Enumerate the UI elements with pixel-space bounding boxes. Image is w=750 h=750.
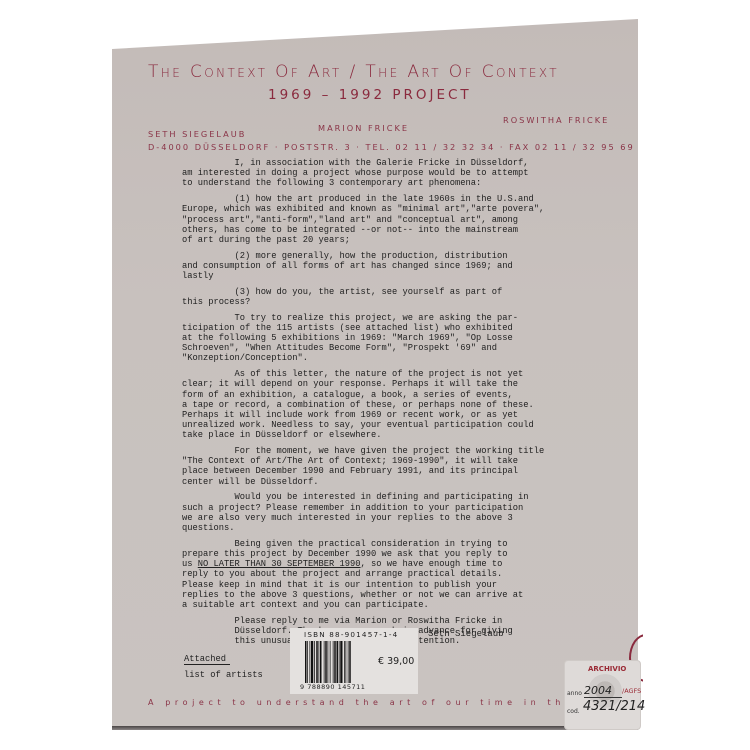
contact-address: D-4000 DÜSSELDORF · POSTSTR. 3 · TEL. 02… — [148, 142, 635, 152]
archive-suffix: /AGFS — [622, 687, 641, 695]
archive-title: ARCHIVIO — [588, 665, 626, 673]
barcode-digits: 9 788890 145711 — [300, 683, 365, 691]
letter-paragraph: As of this letter, the nature of the pro… — [182, 369, 582, 440]
letter-paragraph: Would you be interested in defining and … — [182, 492, 582, 533]
barcode-icon — [305, 641, 365, 683]
cod-label: cod. — [567, 708, 580, 715]
cod-value: 4321/214 — [583, 699, 645, 714]
attached-item: list of artists — [184, 670, 263, 680]
contact-seth: SETH SIEGELAUB — [148, 129, 246, 139]
cover-subtitle: 1969 – 1992 PROJECT — [268, 87, 568, 103]
attached-label: Attached — [184, 654, 230, 665]
letter-paragraph: For the moment, we have given the projec… — [182, 446, 582, 487]
signature: Seth Siegelaub — [428, 629, 504, 639]
isbn-number: ISBN 88-901457-1-4 — [304, 630, 398, 639]
contact-marion: MARION FRICKE — [318, 123, 409, 133]
letter-paragraph: (1) how the art produced in the late 196… — [182, 194, 582, 245]
cover-title: The Context Of Art / The Art Of Context — [148, 62, 618, 82]
deadline-underlined: NO LATER THAN 30 SEPTEMBER 1990 — [198, 559, 361, 569]
letter-paragraph: To try to realize this project, we are a… — [182, 313, 582, 364]
cover-tagline: A project to understand the art of our t… — [148, 698, 578, 707]
cover-bottom-edge — [112, 726, 638, 730]
letter-paragraph: (3) how do you, the artist, see yourself… — [182, 287, 582, 307]
anno-value: 2004 — [584, 684, 622, 698]
letter-paragraph: I, in association with the Galerie Frick… — [182, 158, 582, 189]
anno-label: anno — [567, 690, 582, 697]
letter-body: I, in association with the Galerie Frick… — [182, 158, 582, 652]
price: € 39,00 — [378, 656, 414, 667]
letter-paragraph-deadline: Being given the practical consideration … — [182, 539, 582, 610]
letter-paragraph: (2) more generally, how the production, … — [182, 251, 582, 282]
contact-roswitha: ROSWITHA FRICKE — [503, 115, 609, 125]
